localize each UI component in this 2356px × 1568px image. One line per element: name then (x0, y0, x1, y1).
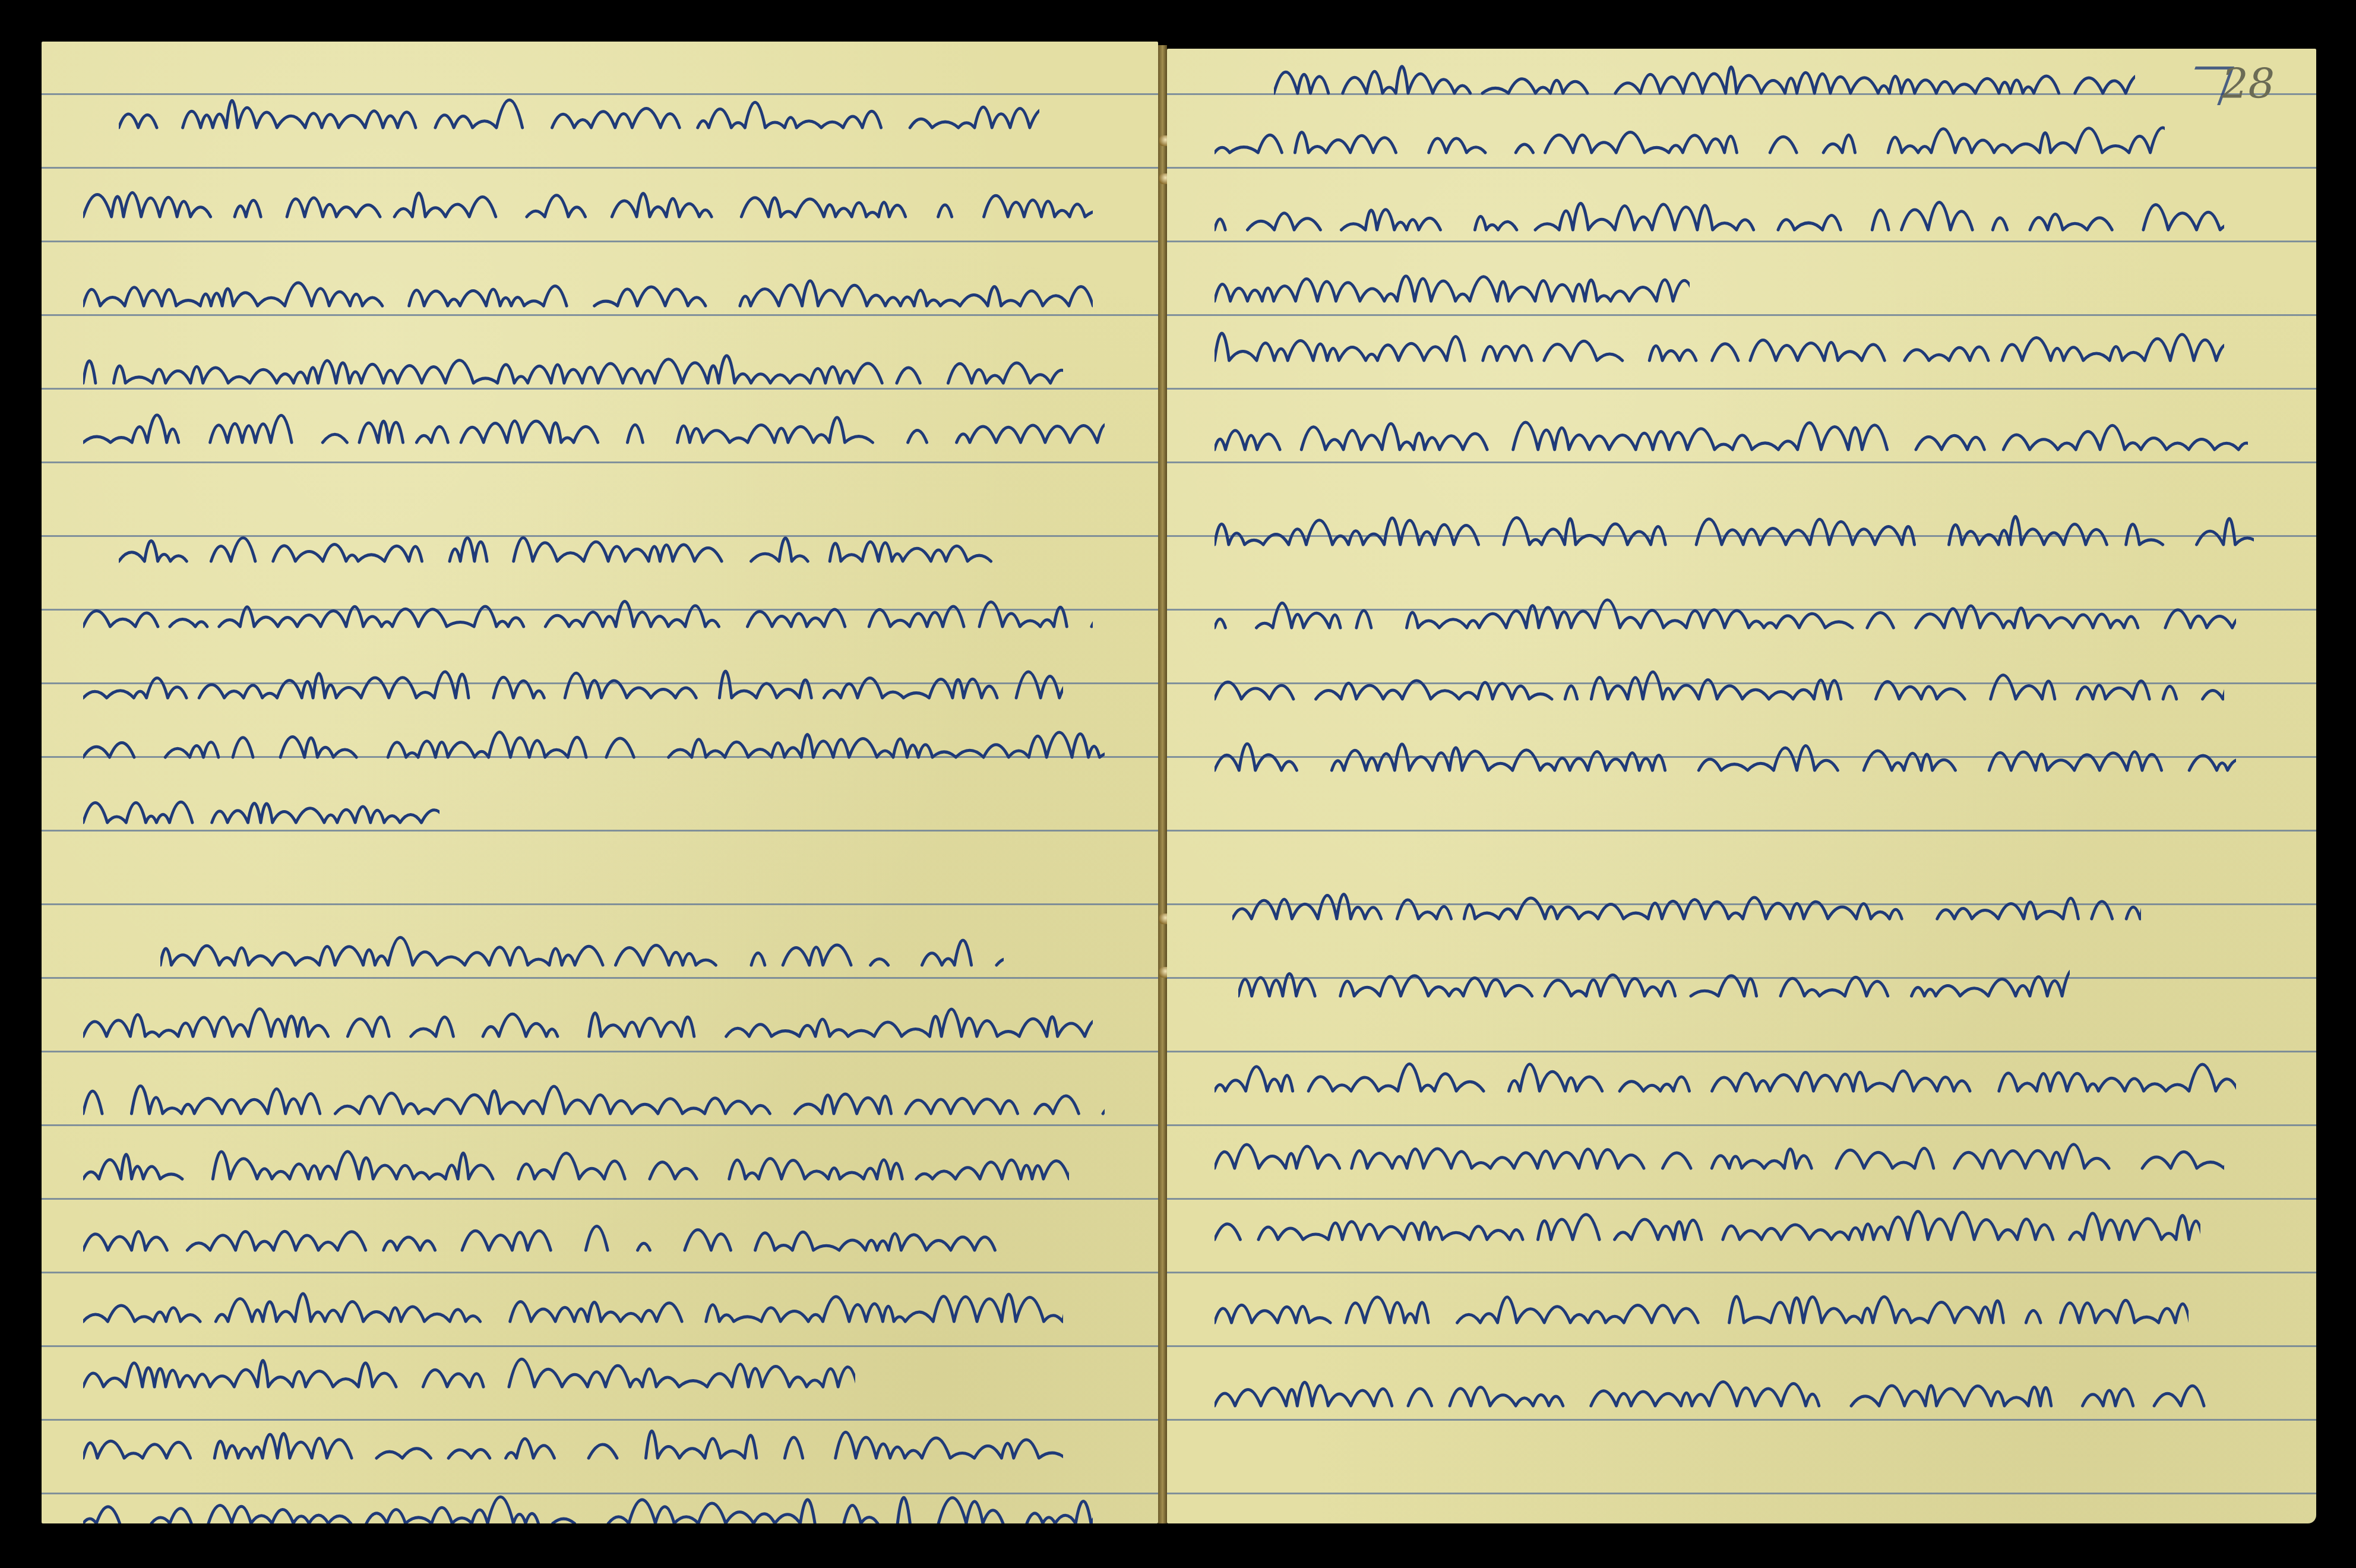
handwritten-line (1215, 268, 1690, 322)
handwritten-line (160, 932, 1004, 986)
handwritten-line (83, 410, 1105, 463)
handwritten-line (83, 725, 1105, 778)
handwritten-line (83, 273, 1093, 327)
handwritten-line (83, 1081, 1105, 1134)
handwritten-line (119, 95, 1039, 148)
handwritten-line (83, 350, 1063, 404)
handwritten-line (83, 665, 1063, 719)
handwritten-line (1215, 512, 2254, 565)
handwritten-line (1215, 1373, 2224, 1427)
rule-line (42, 1345, 1158, 1347)
handwritten-line (1215, 738, 2236, 791)
page-number: 28 (2222, 59, 2275, 108)
rule-line (42, 241, 1158, 242)
handwritten-line (83, 184, 1093, 238)
handwritten-line (83, 1354, 855, 1408)
rule-line (1167, 1051, 2316, 1052)
handwritten-line (1232, 886, 2141, 940)
rule-line (1167, 830, 2316, 832)
handwritten-line (83, 1425, 1063, 1479)
handwritten-line (83, 1491, 1093, 1523)
rule-line (1167, 1198, 2316, 1200)
handwritten-line (1215, 120, 2165, 173)
right-notebook-page: 28 (1167, 49, 2316, 1523)
handwritten-line (1238, 963, 2070, 1017)
handwritten-line (1215, 197, 2224, 251)
handwritten-line (1215, 595, 2236, 649)
handwritten-line (1215, 328, 2224, 381)
notebook-spine (1158, 45, 1167, 1523)
handwritten-line (1215, 1290, 2189, 1343)
rule-line (42, 167, 1158, 169)
handwritten-line (83, 594, 1093, 647)
rule-line (1167, 388, 2316, 390)
handwritten-line (1215, 1136, 2224, 1189)
handwritten-line (83, 1146, 1069, 1200)
left-notebook-page (42, 42, 1158, 1523)
rule-line (1167, 1272, 2316, 1273)
handwritten-line (119, 529, 998, 582)
rule-line (42, 903, 1158, 905)
handwritten-line (1215, 666, 2224, 720)
rule-line (42, 1419, 1158, 1421)
handwritten-line (1215, 1207, 2200, 1260)
rule-line (42, 1272, 1158, 1273)
handwritten-line (83, 1289, 1063, 1342)
handwritten-line (83, 1004, 1093, 1057)
rule-line (1167, 1493, 2316, 1494)
handwritten-line (1215, 417, 2248, 470)
handwritten-line (83, 790, 439, 843)
handwritten-line (1215, 1058, 2236, 1112)
rule-line (1167, 1124, 2316, 1126)
rule-line (1167, 1345, 2316, 1347)
handwritten-line (1274, 61, 2135, 114)
handwritten-line (83, 1218, 1004, 1271)
